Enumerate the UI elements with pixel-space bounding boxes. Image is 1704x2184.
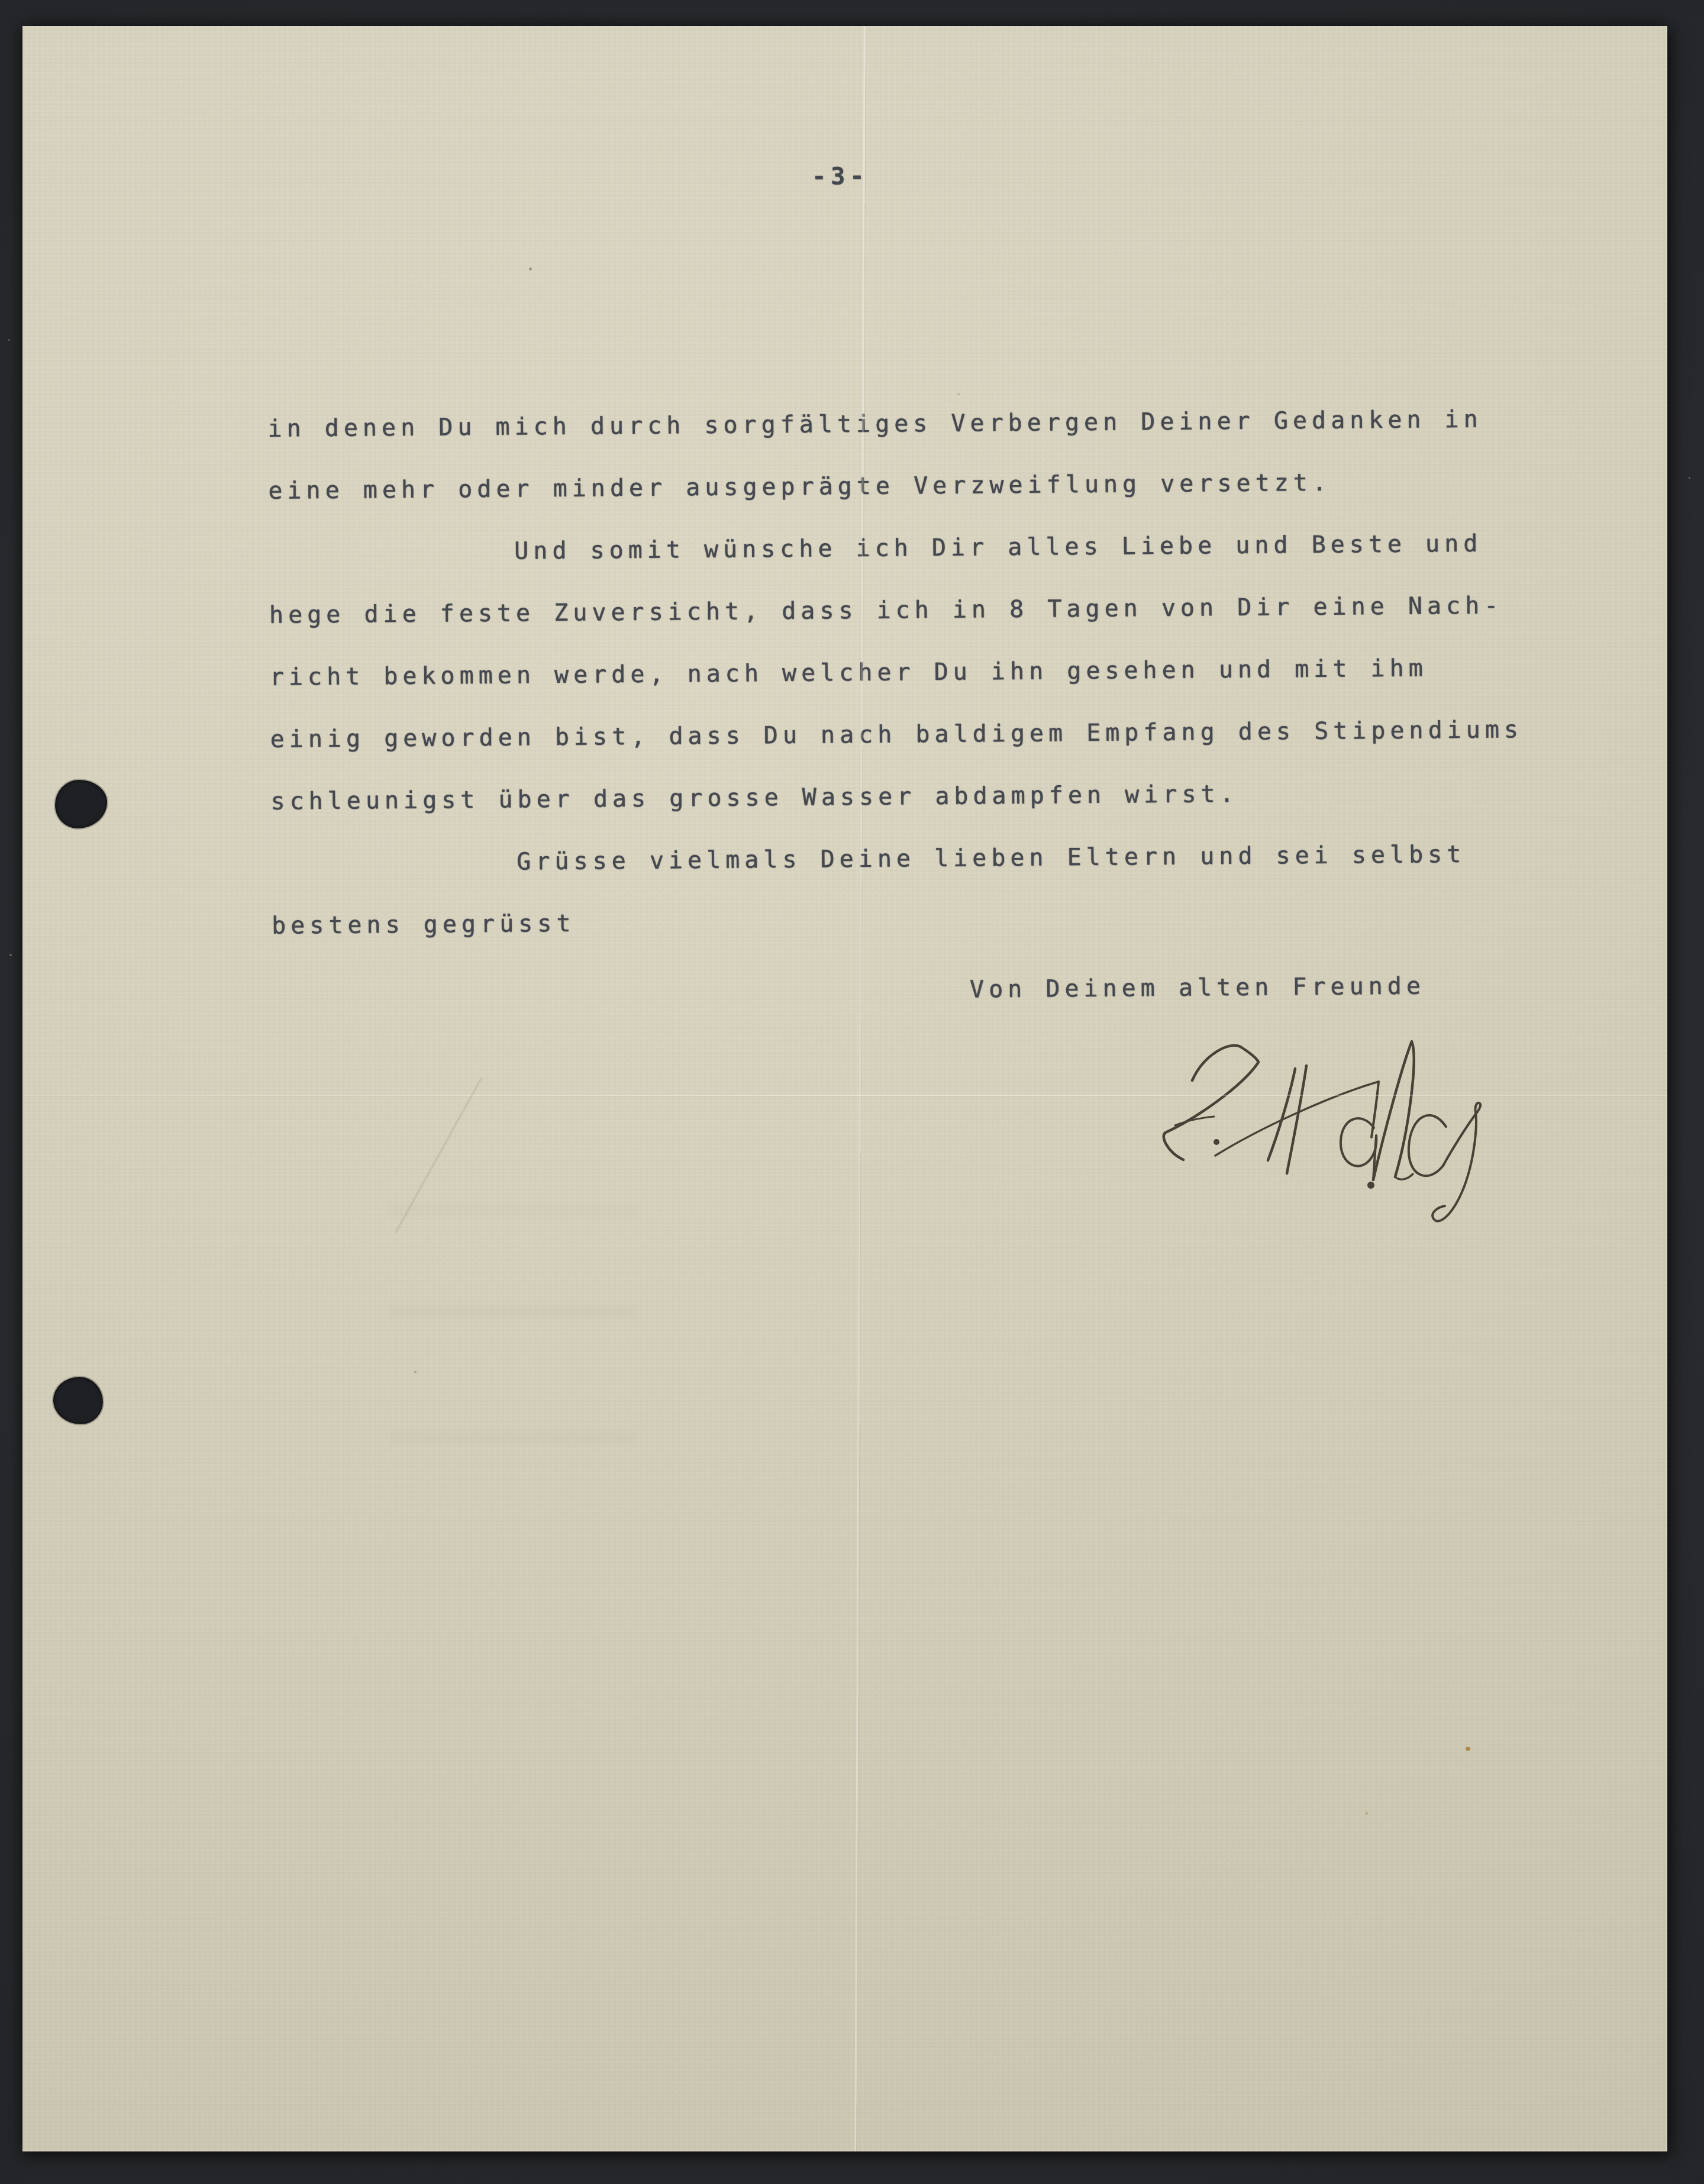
- page-number: -3-: [812, 146, 869, 208]
- signature-f-haber: [1154, 1033, 1509, 1252]
- typed-line: hege die feste Zuversicht, dass ich in 8…: [269, 575, 1571, 647]
- typed-line: richt bekommen werde, nach welcher Du ih…: [269, 637, 1571, 709]
- typed-line: Und somit wünsche ich Dir alles Liebe un…: [269, 512, 1571, 585]
- dust-speck: [9, 954, 12, 956]
- letter-body: in denen Du mich durch sorgfältiges Verb…: [267, 388, 1573, 957]
- closing-line: Von Deinem alten Freunde: [970, 956, 1426, 1021]
- typed-line: bestens gegrüsst: [272, 885, 1574, 957]
- scan-background: -3- in denen Du mich durch sorgfältiges …: [0, 0, 1704, 2184]
- dust-speck: [8, 339, 10, 341]
- typed-line: eine mehr oder minder ausgeprägte Verzwe…: [268, 450, 1570, 522]
- typed-line: in denen Du mich durch sorgfältiges Verb…: [267, 388, 1570, 460]
- typed-line: schleunigst über das grosse Wasser abdam…: [270, 761, 1573, 833]
- typed-line: Grüsse vielmals Deine lieben Eltern und …: [271, 823, 1573, 895]
- dust-speck: [1689, 477, 1690, 479]
- typed-line: einig geworden bist, dass Du nach baldig…: [270, 699, 1572, 771]
- letter-page: -3- in denen Du mich durch sorgfältiges …: [22, 26, 1667, 2151]
